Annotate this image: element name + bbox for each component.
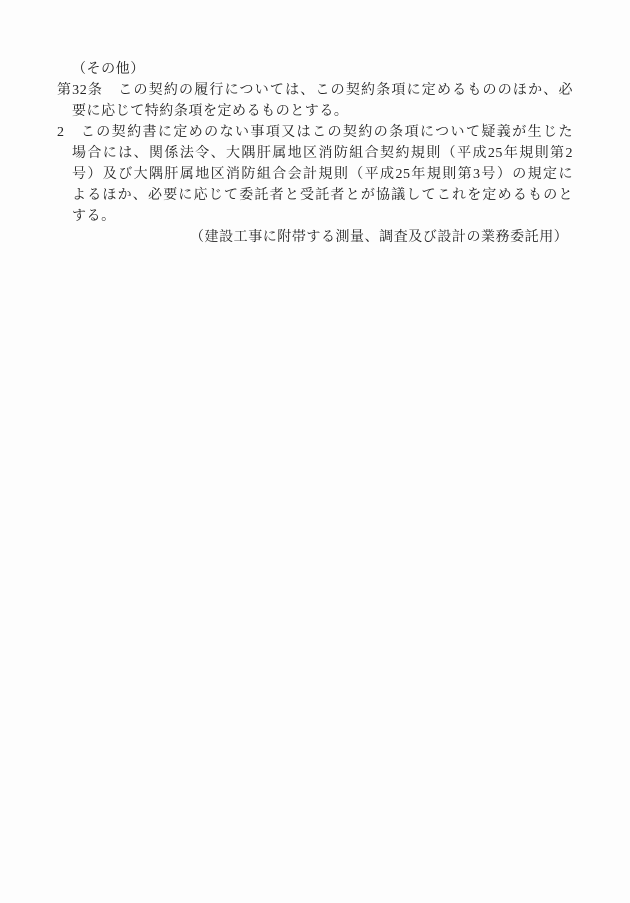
paragraph2-line-1: 2 この契約書に定めのない事項又はこの契約の条項について疑義が生じた	[57, 122, 573, 143]
paragraph2-line-3: 号）及び大隅肝属地区消防組合会計規則（平成25年規則第3号）の規定に	[57, 164, 573, 185]
paragraph2-line-4: よるほか、必要に応じて委託者と受託者とが協議してこれを定めるものと	[57, 185, 573, 206]
article32-line-2: 要に応じて特約条項を定めるものとする。	[57, 101, 573, 122]
clause-heading-other: （その他）	[57, 59, 573, 80]
paragraph2-line-2: 場合には、関係法令、大隅肝属地区消防組合契約規則（平成25年規則第2	[57, 143, 573, 164]
document-page: （その他） 第32条 この契約の履行については、この契約条項に定めるもののほか、…	[0, 0, 630, 903]
contract-text-block: （その他） 第32条 この契約の履行については、この契約条項に定めるもののほか、…	[57, 59, 573, 248]
paragraph2-line-5: する。	[57, 206, 573, 227]
usage-note: （建設工事に附帯する測量、調査及び設計の業務委託用）	[57, 227, 573, 248]
article32-line-1: 第32条 この契約の履行については、この契約条項に定めるもののほか、必	[57, 80, 573, 101]
